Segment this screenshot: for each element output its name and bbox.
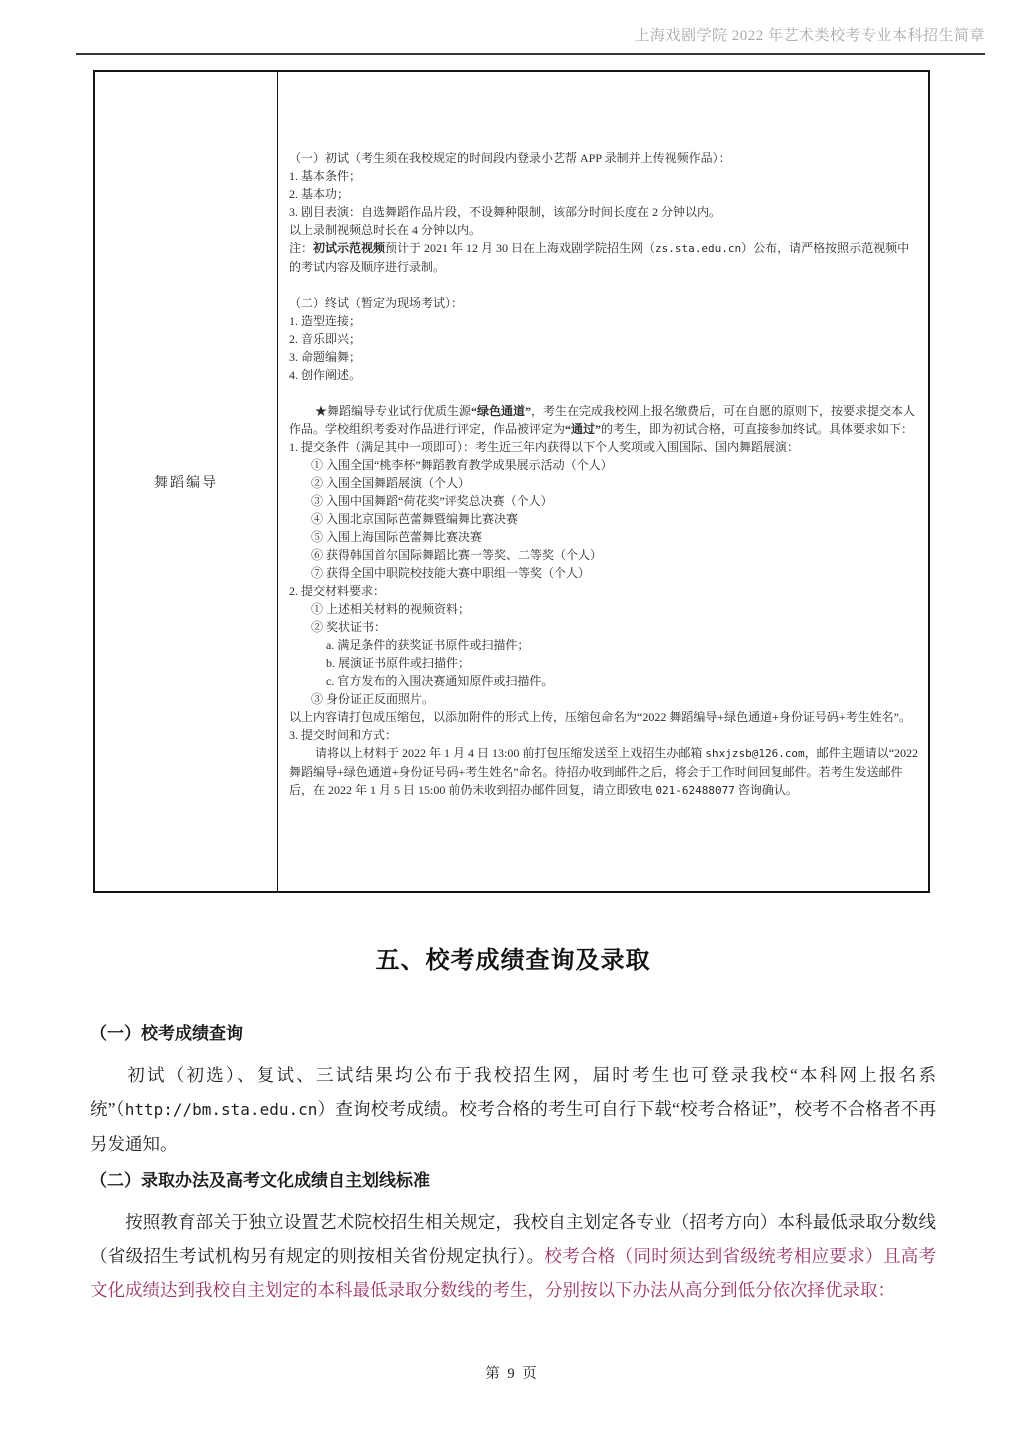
exam-details-cell: （一）初试（考生须在我校规定的时间段内登录小艺帮 APP 录制并上传视频作品）：…	[278, 72, 928, 891]
submission-title: 3. 提交时间和方式：	[289, 726, 919, 744]
submission-seg1: 请将以上材料于 2022 年 1 月 4 日 13:00 前打包压缩发送至上戏招…	[315, 746, 705, 760]
admissions-site-url: zs.sta.edu.cn	[655, 242, 741, 255]
page-number: 第 9 页	[485, 1366, 539, 1382]
final-exam-item: 1. 造型连接；	[289, 312, 919, 330]
condition-item: ② 入围全国舞蹈展演（个人）	[289, 474, 919, 492]
page-footer: 第 9 页	[0, 1362, 1024, 1383]
spacer	[289, 384, 919, 402]
green-channel-bold: “绿色通道”	[471, 404, 531, 418]
preliminary-title: （一）初试（考生须在我校规定的时间段内登录小艺帮 APP 录制并上传视频作品）：	[289, 149, 919, 167]
condition-item: ⑥ 获得韩国首尔国际舞蹈比赛一等奖、二等奖（个人）	[289, 546, 919, 564]
document-page: 上海戏剧学院 2022 年艺术类校考专业本科招生简章 舞蹈编导 （一）初试（考生…	[0, 0, 1024, 1448]
page-header: 上海戏剧学院 2022 年艺术类校考专业本科招生简章	[76, 24, 985, 55]
preliminary-item: 1. 基本条件；	[289, 167, 919, 185]
subsection-2-heading: （二）录取办法及高考文化成绩自主划线标准	[90, 1169, 936, 1193]
condition-item: ⑤ 入围上海国际芭蕾舞比赛决赛	[289, 528, 919, 546]
section-title: 五、校考成绩查询及录取	[90, 944, 936, 978]
final-exam-item: 2. 音乐即兴；	[289, 330, 919, 348]
condition-item: ④ 入围北京国际芭蕾舞暨编舞比赛决赛	[289, 510, 919, 528]
exam-requirements-table: 舞蹈编导 （一）初试（考生须在我校规定的时间段内登录小艺帮 APP 录制并上传视…	[93, 70, 930, 893]
submission-paragraph: 请将以上材料于 2022 年 1 月 4 日 13:00 前打包压缩发送至上戏招…	[289, 744, 919, 800]
materials-sub-item: c. 官方发布的入围决赛通知原件或扫描件。	[289, 672, 919, 690]
materials-sub-item: a. 满足条件的获奖证书原件或扫描件；	[289, 636, 919, 654]
materials-title: 2. 提交材料要求：	[289, 582, 919, 600]
subsection-1-heading: （一）校考成绩查询	[90, 1022, 936, 1046]
preliminary-item: 3. 剧目表演：自选舞蹈作品片段，不设舞种限制，该部分时间长度在 2 分钟以内。	[289, 203, 919, 221]
subsection-2-paragraph: 按照教育部关于独立设置艺术院校招生相关规定，我校自主划定各专业（招考方向）本科最…	[90, 1205, 936, 1307]
packing-instruction: 以上内容请打包成压缩包，以添加附件的形式上传，压缩包命名为“2022 舞蹈编导+…	[289, 708, 919, 726]
admissions-email: shxjzsb@126.com	[705, 747, 804, 760]
major-cell: 舞蹈编导	[95, 72, 278, 891]
materials-sub-item: b. 展演证书原件或扫描件；	[289, 654, 919, 672]
condition-item: ① 入围全国“桃李杯”舞蹈教育教学成果展示活动（个人）	[289, 456, 919, 474]
note-bold-text: 初试示范视频	[313, 241, 385, 255]
final-exam-item: 4. 创作阐述。	[289, 366, 919, 384]
registration-system-url: http://bm.sta.edu.cn	[125, 1100, 318, 1119]
condition-item: ⑦ 获得全国中职院校技能大赛中职组一等奖（个人）	[289, 564, 919, 582]
major-name: 舞蹈编导	[154, 472, 218, 492]
preliminary-note: 注：初试示范视频预计于 2021 年 12 月 30 日在上海戏剧学院招生网（z…	[289, 239, 919, 276]
preliminary-item: 2. 基本功；	[289, 185, 919, 203]
preliminary-item: 以上录制视频总时长在 4 分钟以内。	[289, 221, 919, 239]
pass-bold: “通过”	[565, 422, 601, 436]
spacer	[289, 276, 919, 294]
note-prefix: 注：	[289, 241, 313, 255]
conditions-title: 1. 提交条件（满足其中一项即可）：考生近三年内获得以下个人奖项或入围国际、国内…	[289, 438, 919, 456]
green-channel-intro: ★舞蹈编导专业试行优质生源“绿色通道”，考生在完成我校网上报名缴费后，可在自愿的…	[289, 402, 919, 438]
intro-seg3: 的考生，即为初试合格，可直接参加终试。具体要求如下：	[601, 422, 913, 436]
final-exam-item: 3. 命题编舞；	[289, 348, 919, 366]
section-5: 五、校考成绩查询及录取 （一）校考成绩查询 初试（初选）、复试、三试结果均公布于…	[90, 944, 936, 1307]
condition-item: ③ 入围中国舞蹈“荷花奖”评奖总决赛（个人）	[289, 492, 919, 510]
subsection-1-paragraph: 初试（初选）、复试、三试结果均公布于我校招生网，届时考生也可登录我校“本科网上报…	[90, 1058, 936, 1161]
header-title: 上海戏剧学院 2022 年艺术类校考专业本科招生简章	[634, 28, 985, 44]
submission-seg3: 咨询确认。	[735, 783, 798, 797]
intro-seg1: ★舞蹈编导专业试行优质生源	[315, 404, 471, 418]
materials-item: ③ 身份证正反面照片。	[289, 690, 919, 708]
admissions-phone: 021-62488077	[655, 784, 734, 797]
note-mid: 预计于 2021 年 12 月 30 日在上海戏剧学院招生网（	[385, 241, 655, 255]
final-exam-title: （二）终试（暂定为现场考试）：	[289, 294, 919, 312]
materials-item: ② 奖状证书：	[289, 618, 919, 636]
materials-item: ① 上述相关材料的视频资料；	[289, 600, 919, 618]
